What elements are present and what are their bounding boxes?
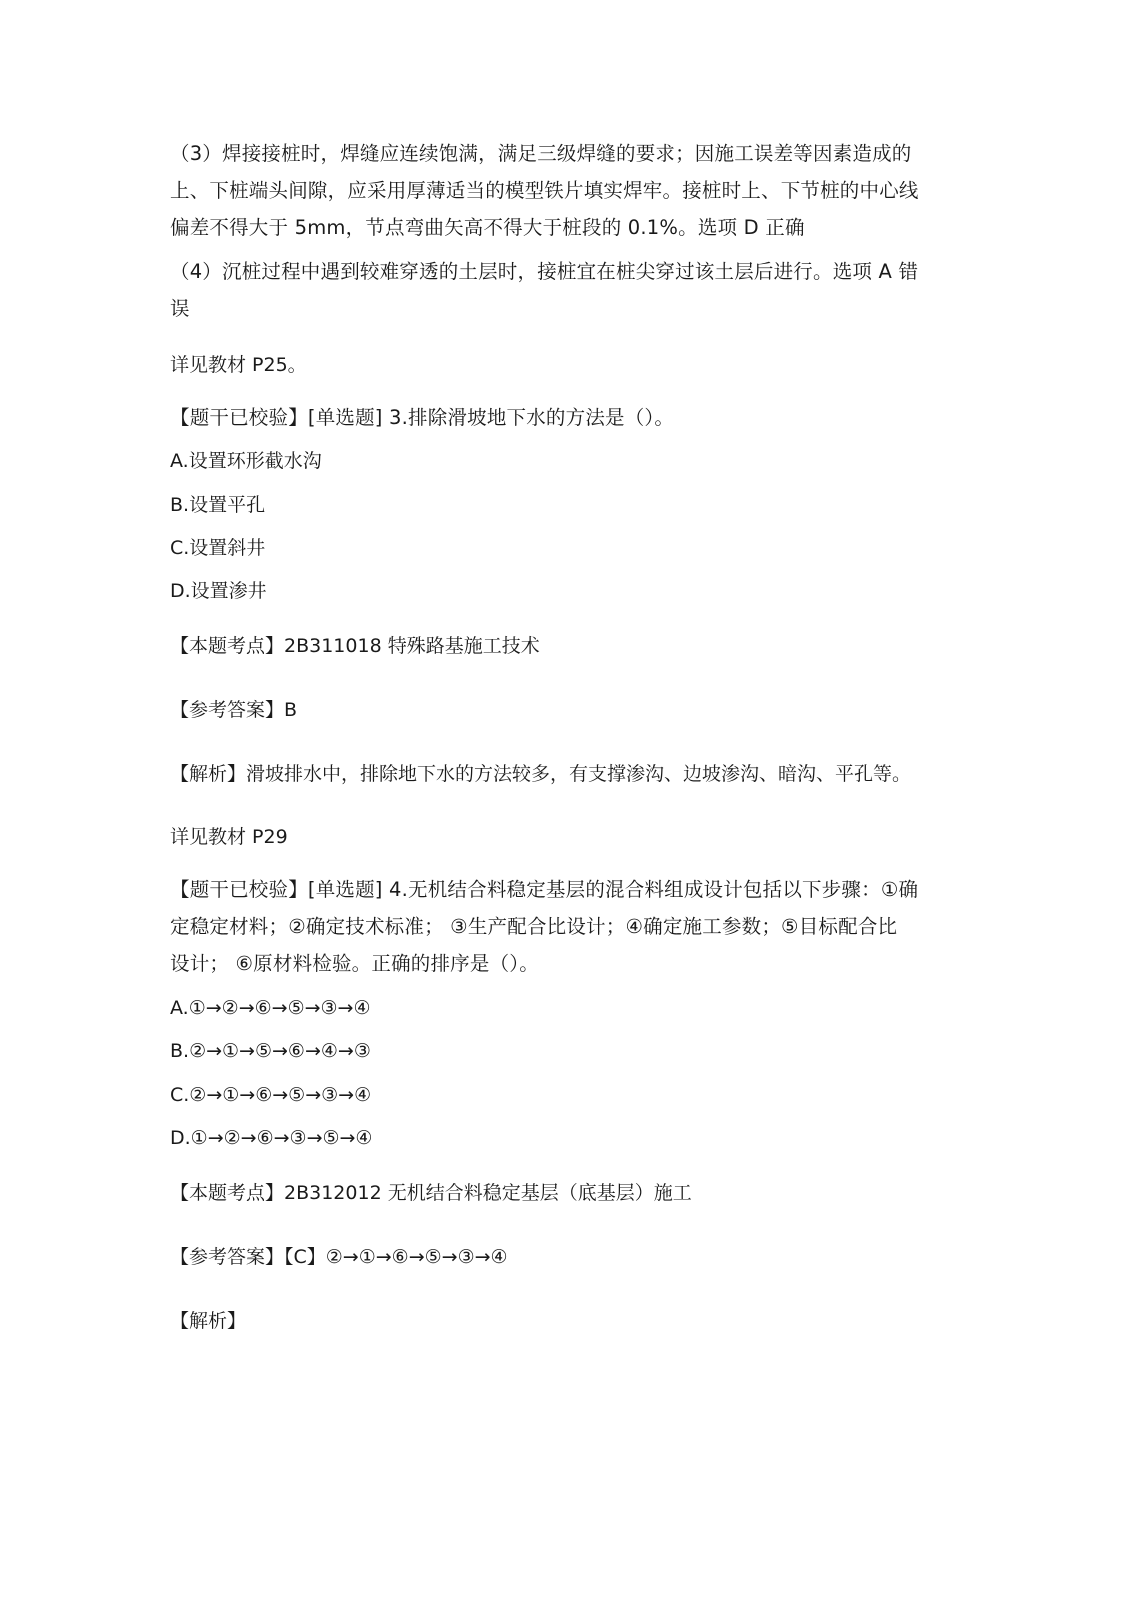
q4-analysis: 【解析】 (170, 1308, 246, 1334)
q3-analysis: 【解析】滑坡排水中，排除地下水的方法较多，有支撑渗沟、边坡渗沟、暗沟、平孔等。 (170, 761, 911, 787)
q3-option-a: A.设置环形截水沟 (170, 448, 322, 474)
q4-answer: 【参考答案】【C】②→①→⑥→⑤→③→④ (170, 1244, 508, 1270)
q4-stem-line-1: 【题干已校验】[单选题] 4.无机结合料稳定基层的混合料组成设计包括以下步骤：①… (170, 877, 918, 903)
q4-option-d: D.①→②→⑥→③→⑤→④ (170, 1125, 372, 1151)
paragraph-3-line-3: 偏差不得大于 5mm，节点弯曲矢高不得大于桩段的 0.1%。选项 D 正确 (170, 215, 805, 241)
paragraph-3-line-2: 上、下桩端头间隙，应采用厚薄适当的模型铁片填实焊牢。接桩时上、下节桩的中心线 (170, 178, 919, 204)
q4-option-c: C.②→①→⑥→⑤→③→④ (170, 1082, 371, 1108)
q3-option-d: D.设置渗井 (170, 578, 267, 604)
q4-topic: 【本题考点】2B312012 无机结合料稳定基层（底基层）施工 (170, 1180, 692, 1206)
q4-option-b: B.②→①→⑤→⑥→④→③ (170, 1038, 371, 1064)
paragraph-4-line-2: 误 (170, 296, 190, 322)
q3-topic: 【本题考点】2B311018 特殊路基施工技术 (170, 633, 540, 659)
paragraph-4-line-1: （4）沉桩过程中遇到较难穿透的土层时，接桩宜在桩尖穿过该土层后进行。选项 A 错 (170, 259, 918, 285)
q3-option-b: B.设置平孔 (170, 492, 265, 518)
q4-stem-line-2: 定稳定材料；②确定技术标准； ③生产配合比设计；④确定施工参数；⑤目标配合比 (170, 914, 897, 940)
q3-answer: 【参考答案】B (170, 697, 297, 723)
q4-stem-line-3: 设计； ⑥原材料检验。正确的排序是（）。 (170, 951, 539, 977)
q4-option-a: A.①→②→⑥→⑤→③→④ (170, 995, 371, 1021)
textbook-reference-p29: 详见教材 P29 (170, 824, 288, 850)
paragraph-3-line-1: （3）焊接接桩时，焊缝应连续饱满，满足三级焊缝的要求；因施工误差等因素造成的 (170, 141, 912, 167)
q3-stem: 【题干已校验】[单选题] 3.排除滑坡地下水的方法是（）。 (170, 405, 674, 431)
document-page: （3）焊接接桩时，焊缝应连续饱满，满足三级焊缝的要求；因施工误差等因素造成的 上… (0, 0, 1131, 1600)
textbook-reference-p25: 详见教材 P25。 (170, 352, 307, 378)
q3-option-c: C.设置斜井 (170, 535, 265, 561)
